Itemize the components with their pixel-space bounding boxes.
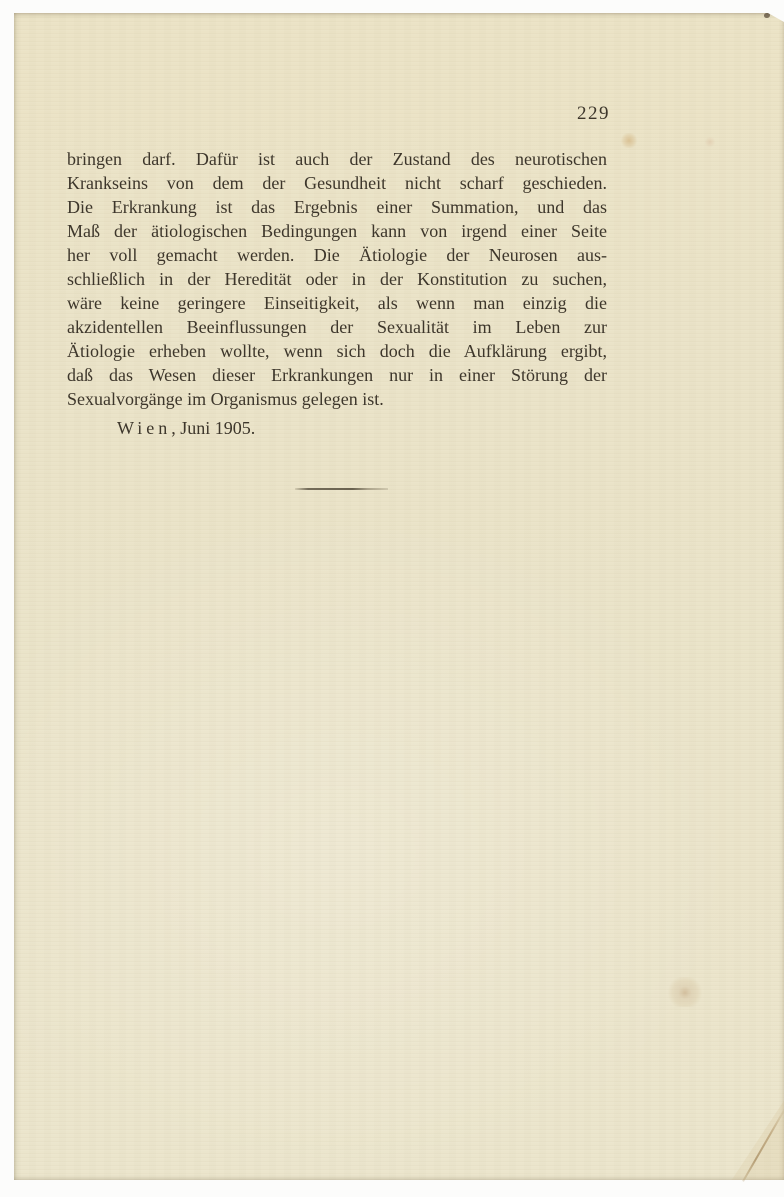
scan-background: 229 bringen darf. Dafür ist auch der Zus… xyxy=(0,0,784,1197)
text-line: Krankseins von dem der Gesundheit nicht … xyxy=(67,171,607,195)
text-line: akzidentellen Beeinflussungen der Sexual… xyxy=(67,315,607,339)
foxing-stain xyxy=(704,137,716,147)
text-line: Sexualvorgänge im Organismus gelegen ist… xyxy=(67,387,607,411)
text-line: Maß der ätiologischen Bedingungen kann v… xyxy=(67,219,607,243)
dateline-date: , Juni 1905. xyxy=(171,418,255,438)
corner-notch xyxy=(768,13,784,22)
foxing-stain xyxy=(620,133,638,148)
text-line: wäre keine geringere Einseitigkeit, als … xyxy=(67,291,607,315)
text-line: bringen darf. Dafür ist auch der Zustand… xyxy=(67,147,607,171)
text-line: Ätiologie erheben wollte, wenn sich doch… xyxy=(67,339,607,363)
body-text: bringen darf. Dafür ist auch der Zustand… xyxy=(67,147,607,440)
text-line: Die Erkrankung ist das Ergebnis einer Su… xyxy=(67,195,607,219)
page-number: 229 xyxy=(577,103,610,125)
foxing-stain xyxy=(668,977,702,1007)
text-line: schließlich in der Heredität oder in der… xyxy=(67,267,607,291)
dateline-city: Wien xyxy=(117,418,171,438)
text-line: daß das Wesen dieser Erkrankungen nur in… xyxy=(67,363,607,387)
dateline: Wien, Juni 1905. xyxy=(67,416,607,440)
corner-crease-line xyxy=(742,1108,784,1182)
section-end-rule xyxy=(295,488,388,490)
text-line: her voll gemacht werden. Die Ätiologie d… xyxy=(67,243,607,267)
book-page: 229 bringen darf. Dafür ist auch der Zus… xyxy=(14,13,784,1180)
